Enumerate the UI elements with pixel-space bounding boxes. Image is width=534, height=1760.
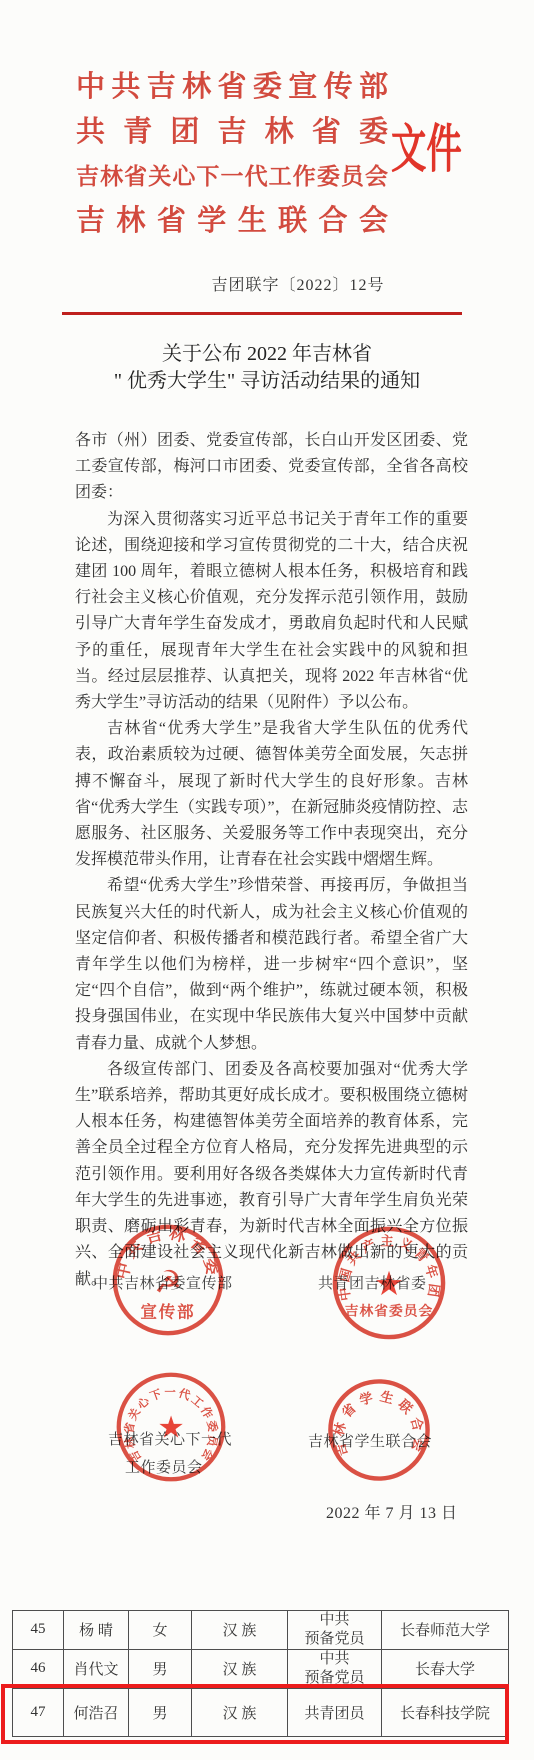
body-paragraph-3: 希望“优秀大学生”珍惜荣誉、再接再厉，争做担当民族复兴大任的时代新人，成为社会主… [75,873,468,1056]
body-paragraph-1: 为深入贯彻落实习近平总书记关于青年工作的重要论述，围绕迎接和学习宣传贯彻党的二十… [75,507,468,717]
official-stamp-propaganda-dept: 中共吉林省委 ☭ 宣传部 [110,1222,226,1338]
political-status-cell: 共青团员 [288,1688,382,1736]
political-status-cell: 中共 预备党员 [288,1611,382,1650]
doc-type-label: 文件 [391,124,462,178]
school-cell: 长春大学 [382,1649,509,1688]
document-page: 中共吉林省委宣传部 共青团吉林省委 吉林省关心下一代工作委员会 吉林省学生联合会… [0,0,534,1760]
rank-cell: 47 [13,1688,64,1736]
notice-title-line-2: " 优秀大学生" 寻访活动结果的通知 [0,368,534,395]
official-stamp-youth-league: 中国共产主义青年团 ★ 吉林省委员会 [330,1224,448,1342]
ethnicity-cell: 汉 族 [192,1611,288,1650]
rank-cell: 45 [13,1611,64,1650]
hammer-sickle-icon: ☭ [154,1265,182,1300]
gender-cell: 女 [129,1611,192,1650]
name-cell: 何浩召 [64,1688,129,1736]
org-name-line-1: 中共吉林省委宣传部 [76,64,388,110]
name-cell: 杨 晴 [64,1611,129,1650]
ethnicity-cell: 汉 族 [192,1649,288,1688]
star-icon: ★ [157,1410,184,1444]
letterhead: 中共吉林省委宣传部 共青团吉林省委 吉林省关心下一代工作委员会 吉林省学生联合会 [76,64,388,244]
school-cell: 长春师范大学 [382,1611,509,1650]
issue-date: 2022 年 7 月 13 日 [326,1500,458,1523]
org-name-line-4: 吉林省学生联合会 [76,199,388,244]
stamp-bottom-text: 吉林省委员会 [345,1302,433,1318]
table-row: 46 肖代文 男 汉 族 中共 预备党员 长春大学 [13,1649,509,1688]
star-icon: ★ [374,1266,404,1303]
table-row-highlighted: 47 何浩召 男 汉 族 共青团员 长春科技学院 [13,1688,509,1736]
stamp-bottom-text: 宣传部 [140,1303,195,1322]
red-rule-divider [62,312,462,315]
official-stamp-student-federation: 吉林省学生联合会 [326,1377,432,1483]
political-status-cell: 中共 预备党员 [288,1649,382,1688]
table-row: 45 杨 晴 女 汉 族 中共 预备党员 长春师范大学 [13,1611,509,1650]
body-paragraph-2: 吉林省“优秀大学生”是我省大学生队伍的优秀代表，政治素质较为过硬、德智体美劳全面… [75,716,468,873]
official-stamp-care-committee: 吉林省关心下一代工作委员会 ★ [114,1370,228,1484]
notice-title: 关于公布 2022 年吉林省 " 优秀大学生" 寻访活动结果的通知 [0,341,534,395]
org-name-line-2: 共青团吉林省委 [76,110,388,155]
school-cell: 长春科技学院 [382,1688,509,1736]
org-name-line-3: 吉林省关心下一代工作委员会 [76,155,388,199]
notice-title-line-1: 关于公布 2022 年吉林省 [0,341,534,368]
body-paragraph-salutation: 各市（州）团委、党委宣传部，长白山开发区团委、党工委宣传部，梅河口市团委、党委宣… [75,428,468,507]
name-cell: 肖代文 [64,1649,129,1688]
ethnicity-cell: 汉 族 [192,1688,288,1736]
notice-body: 各市（州）团委、党委宣传部，长白山开发区团委、党工委宣传部，梅河口市团委、党委宣… [75,428,468,1293]
rank-cell: 46 [13,1649,64,1688]
gender-cell: 男 [129,1688,192,1736]
gender-cell: 男 [129,1649,192,1688]
doc-number: 吉团联字〔2022〕12号 [62,272,534,295]
results-table: 45 杨 晴 女 汉 族 中共 预备党员 长春师范大学 46 肖代文 男 汉 族… [12,1610,509,1737]
